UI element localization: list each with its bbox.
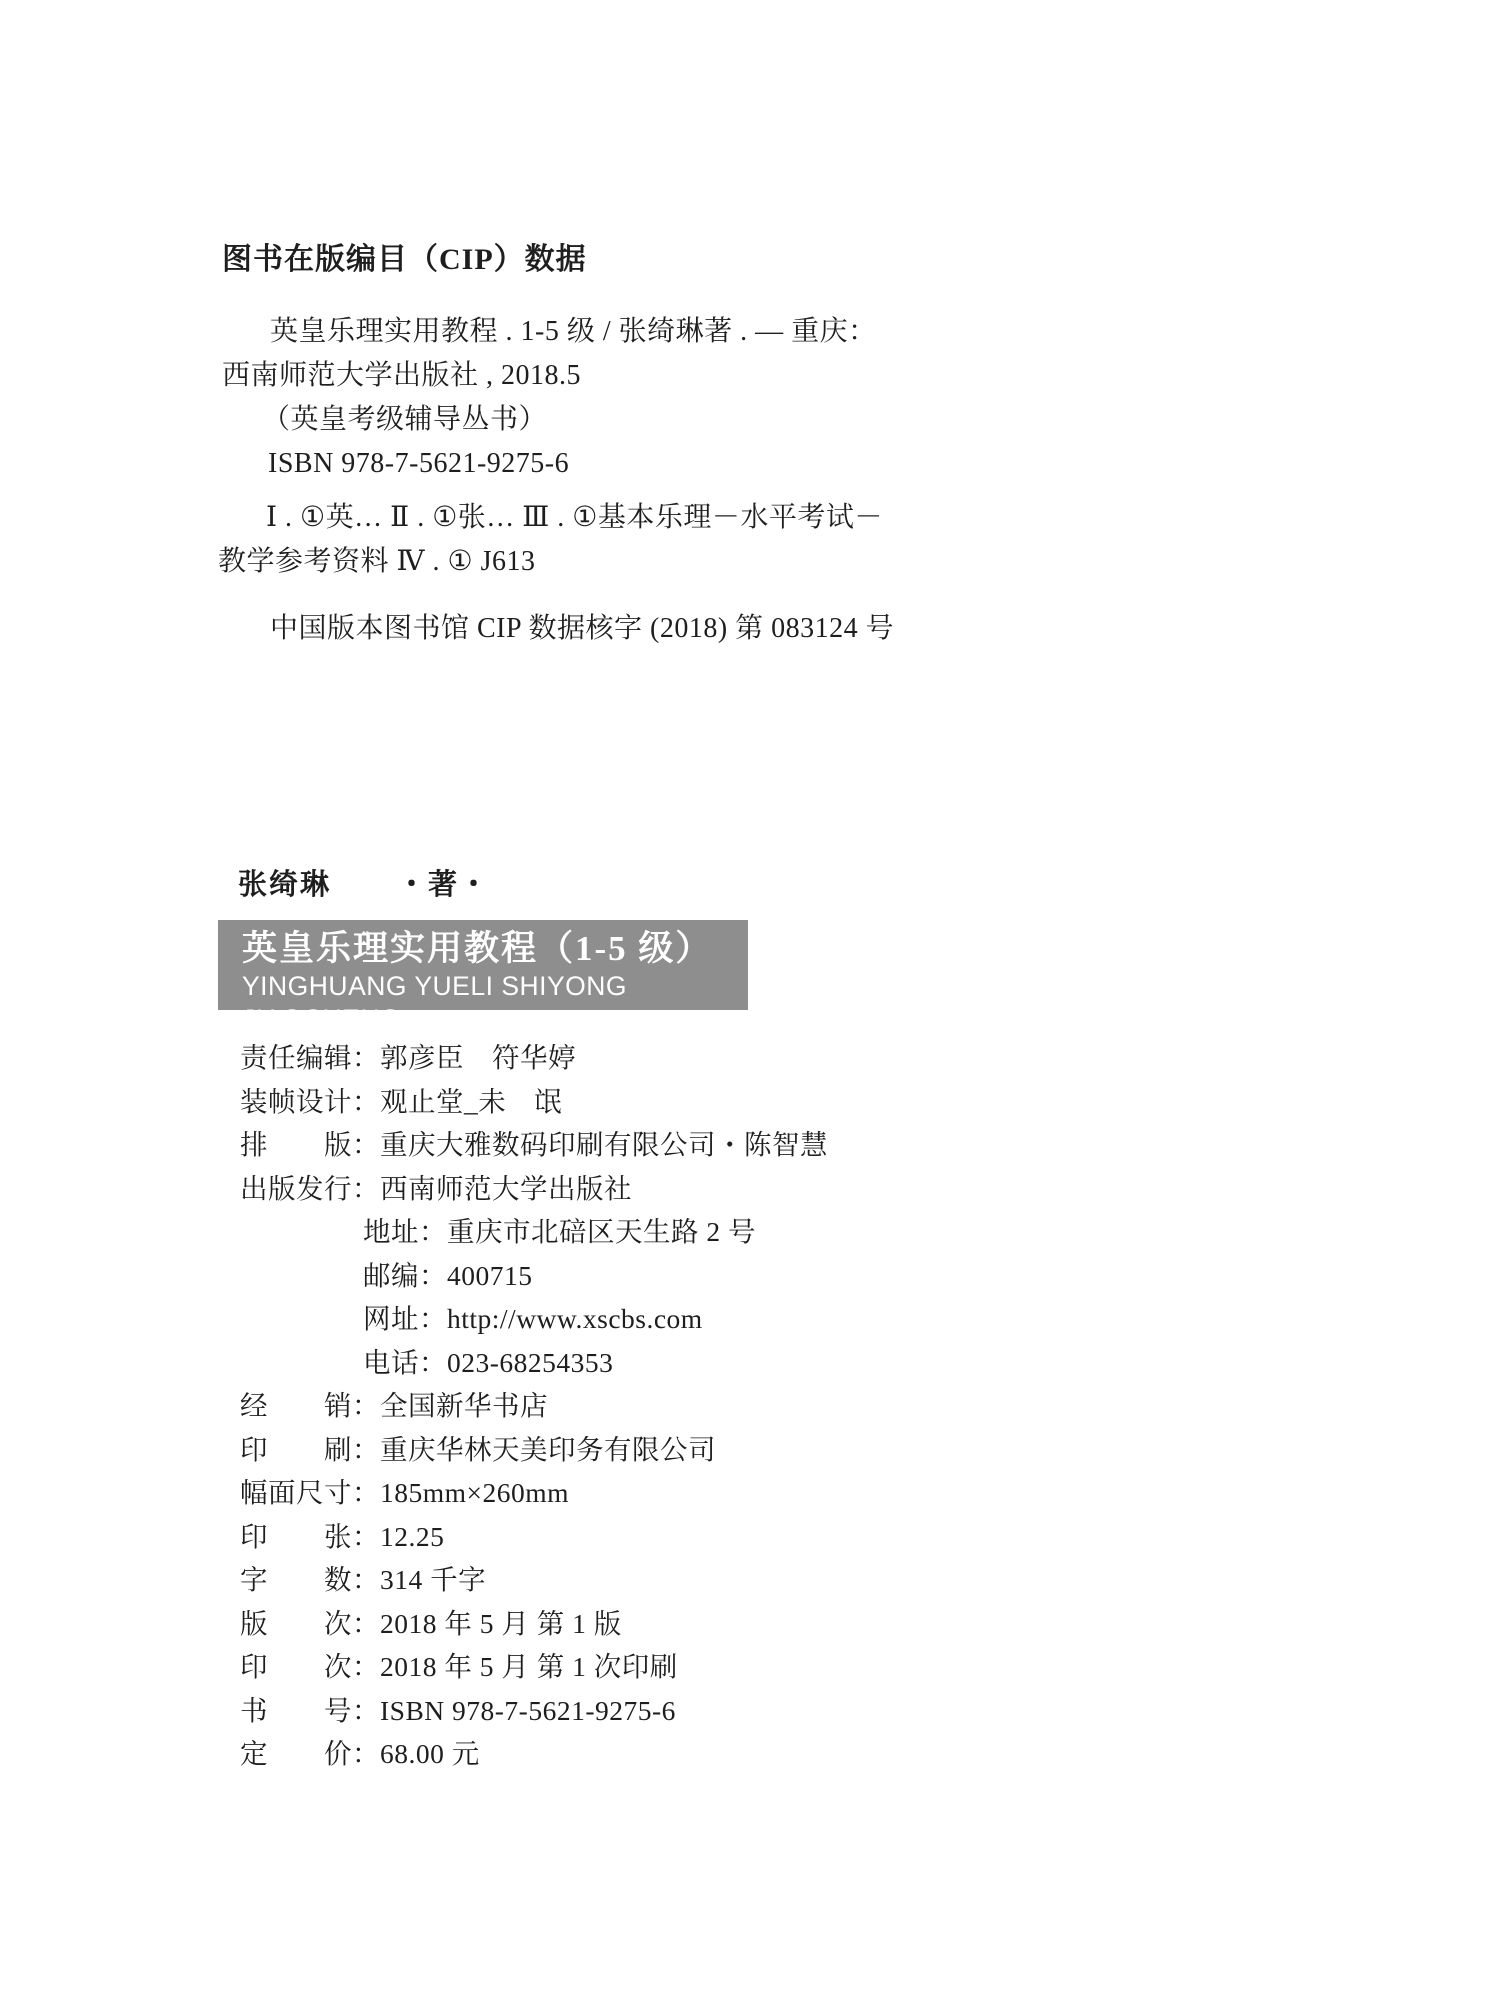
colophon-row-value: 西南师范大学出版社	[380, 1173, 632, 1204]
colophon-row: 幅面尺寸：185mm×260mm	[240, 1471, 828, 1515]
author-name: 张绮琳	[238, 869, 331, 901]
cip-classification-line: 教学参考资料 Ⅳ . ① J613	[218, 540, 883, 584]
author-role: ・著・	[397, 869, 490, 901]
colophon-row-value: 2018 年 5 月 第 1 次印刷	[380, 1651, 678, 1682]
colophon-row-value: 2018 年 5 月 第 1 版	[380, 1608, 622, 1639]
colophon-row-label: 网址：	[363, 1297, 447, 1341]
colophon-row-value: 重庆市北碚区天生路 2 号	[447, 1216, 756, 1247]
book-title-pinyin: YINGHUANG YUELI SHIYONG JIAOCHENG	[242, 970, 748, 1036]
colophon-row-value: 12.25	[380, 1521, 444, 1552]
colophon-row-label: 定 价：	[240, 1732, 380, 1776]
cip-registry-line: 中国版本图书馆 CIP 数据核字 (2018) 第 083124 号	[270, 606, 894, 646]
cip-classification-block: Ⅰ . ①英… Ⅱ . ①张… Ⅲ . ①基本乐理－水平考试－ 教学参考资料 Ⅳ…	[218, 496, 883, 584]
cip-record-block: 英皇乐理实用教程 . 1-5 级 / 张绮琳著 . — 重庆： 西南师范大学出版…	[222, 310, 877, 486]
cip-record-line: 西南师范大学出版社 , 2018.5	[222, 354, 877, 398]
colophon-row: 排 版：重庆大雅数码印刷有限公司・陈智慧	[240, 1123, 828, 1167]
colophon-row-value: 314 千字	[380, 1564, 486, 1595]
colophon-row-label: 地址：	[363, 1210, 447, 1254]
colophon-row-label: 排 版：	[240, 1123, 380, 1167]
colophon-row-value: 68.00 元	[380, 1738, 480, 1769]
colophon-row-label: 印 刷：	[240, 1428, 380, 1472]
colophon-row: 字 数：314 千字	[240, 1558, 828, 1602]
colophon-row: 印 刷：重庆华林天美印务有限公司	[240, 1428, 828, 1472]
author-byline: 张绮琳・著・	[238, 862, 490, 903]
colophon-row: 印 次：2018 年 5 月 第 1 次印刷	[240, 1645, 828, 1689]
colophon-row-label: 责任编辑：	[240, 1036, 380, 1080]
colophon-row: 定 价：68.00 元	[240, 1732, 828, 1776]
cip-record-line: 英皇乐理实用教程 . 1-5 级 / 张绮琳著 . — 重庆：	[222, 310, 877, 354]
colophon-row-value: 全国新华书店	[380, 1390, 548, 1421]
colophon-row-value: 023-68254353	[447, 1347, 613, 1378]
colophon-row-label: 书 号：	[240, 1689, 380, 1733]
colophon-row: 经 销：全国新华书店	[240, 1384, 828, 1428]
cip-series-line: （英皇考级辅导丛书）	[222, 398, 877, 442]
colophon-row: 书 号：ISBN 978-7-5621-9275-6	[240, 1689, 828, 1733]
colophon-row: 版 次：2018 年 5 月 第 1 版	[240, 1602, 828, 1646]
colophon-row: 装帧设计：观止堂_未 氓	[240, 1080, 828, 1124]
colophon-row-label: 装帧设计：	[240, 1080, 380, 1124]
colophon-row-value: 重庆大雅数码印刷有限公司・陈智慧	[380, 1129, 828, 1160]
cip-isbn-line: ISBN 978-7-5621-9275-6	[222, 442, 877, 486]
colophon-row-value: ISBN 978-7-5621-9275-6	[380, 1695, 676, 1726]
colophon-row: 地址：重庆市北碚区天生路 2 号	[363, 1210, 828, 1254]
cip-heading: 图书在版编目（CIP）数据	[222, 234, 587, 278]
colophon-row: 印 张：12.25	[240, 1515, 828, 1559]
colophon-row-value: http://www.xscbs.com	[447, 1303, 703, 1334]
colophon-row: 邮编：400715	[363, 1254, 828, 1298]
colophon-row-value: 郭彦臣 符华婷	[380, 1042, 576, 1073]
colophon-row: 出版发行：西南师范大学出版社	[240, 1167, 828, 1211]
colophon-block: 责任编辑：郭彦臣 符华婷 装帧设计：观止堂_未 氓 排 版：重庆大雅数码印刷有限…	[240, 1036, 828, 1776]
colophon-row-label: 电话：	[363, 1341, 447, 1385]
colophon-row-label: 字 数：	[240, 1558, 380, 1602]
colophon-row-label: 印 张：	[240, 1515, 380, 1559]
colophon-row-value: 观止堂_未 氓	[380, 1086, 562, 1117]
colophon-row-value: 重庆华林天美印务有限公司	[380, 1434, 716, 1465]
book-title-chinese: 英皇乐理实用教程（1-5 级）	[242, 928, 748, 970]
colophon-row-value: 185mm×260mm	[380, 1477, 569, 1508]
colophon-row-label: 幅面尺寸：	[240, 1471, 380, 1515]
colophon-row-label: 经 销：	[240, 1384, 380, 1428]
colophon-row: 网址：http://www.xscbs.com	[363, 1297, 828, 1341]
colophon-row-label: 邮编：	[363, 1254, 447, 1298]
colophon-row-label: 出版发行：	[240, 1167, 380, 1211]
cip-classification-line: Ⅰ . ①英… Ⅱ . ①张… Ⅲ . ①基本乐理－水平考试－	[218, 496, 883, 540]
copyright-page: 图书在版编目（CIP）数据 英皇乐理实用教程 . 1-5 级 / 张绮琳著 . …	[0, 0, 1500, 2015]
colophon-row-value: 400715	[447, 1260, 533, 1291]
colophon-row-label: 印 次：	[240, 1645, 380, 1689]
colophon-row: 责任编辑：郭彦臣 符华婷	[240, 1036, 828, 1080]
colophon-row: 电话：023-68254353	[363, 1341, 828, 1385]
colophon-row-label: 版 次：	[240, 1602, 380, 1646]
title-banner: 英皇乐理实用教程（1-5 级） YINGHUANG YUELI SHIYONG …	[218, 920, 748, 1010]
